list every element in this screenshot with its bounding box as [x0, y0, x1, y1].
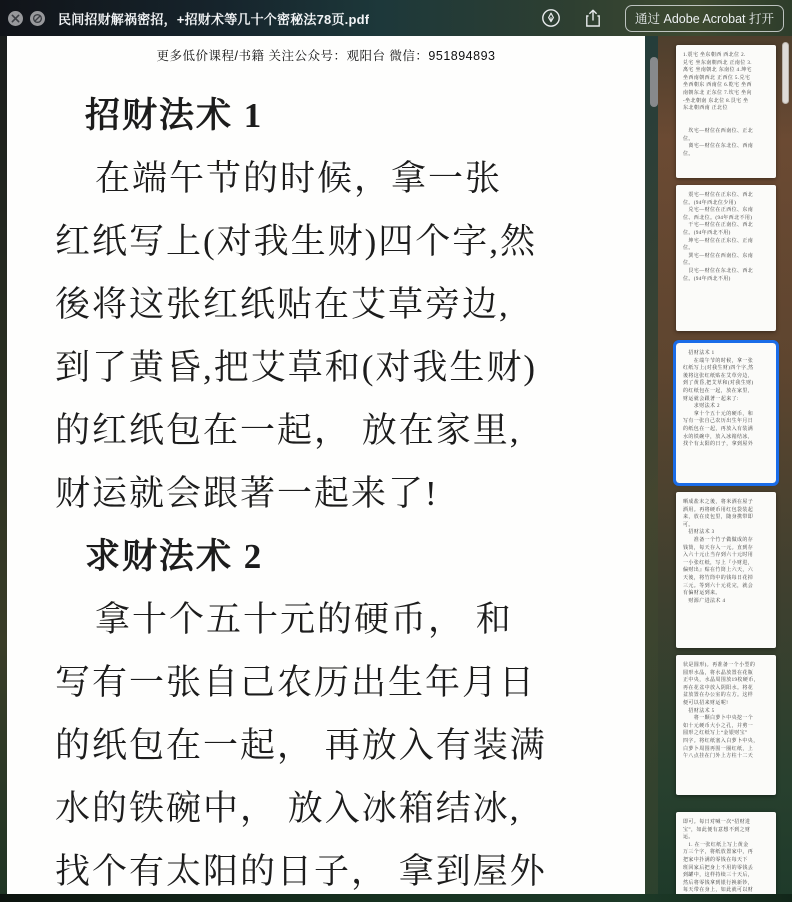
page-thumbnail-4[interactable]: 晒成盐末之後，将米酒在屋子 洒用。再将硬币用红包袋装起 来，放在皮包里，随身携带… [676, 492, 776, 648]
window-left-edge [0, 36, 7, 902]
text-line: 找个有太阳的日子， 拿到屋外 [55, 840, 645, 894]
scanned-body-text: 招财法术 1 在端午节的时候，拿一张 红纸写上(对我生财)四个字,然 後将这张红… [7, 84, 645, 894]
title-bar: 民间招财解祸密招，+招财术等几十个密秘法78页.pdf 通过 Adobe Acr… [0, 0, 792, 36]
page-thumbnail-5[interactable]: 状是圆形)。再准备一个小型的 圆形水晶，将水晶放置在花瓶 正中央，水晶周围放19… [676, 655, 776, 795]
text-line: 红纸写上(对我生财)四个字,然 [55, 210, 645, 273]
text-line: 到了黄昏,把艾草和(对我生财) [55, 336, 645, 399]
section-heading: 求财法术 2 [85, 525, 645, 588]
thumbnail-text: 状是圆形)。再准备一个小型的 圆形水晶，将水晶放置在花瓶 正中央，水晶周围放19… [676, 655, 776, 768]
text-line: 的红纸包在一起， 放在家里, [55, 399, 645, 462]
page-thumbnail-1[interactable]: 1.震宅 坐东朝西 西北位 2. 兑宅 坐东南朝西北 正南位 3. 离宅 坐南朝… [676, 45, 776, 178]
page-thumbnail-6[interactable]: 即可。每日对喊一次“招财进 宝”，如此便有意想不到之财 运。 1. 在一张红纸上… [676, 812, 776, 902]
blocked-icon[interactable] [30, 11, 45, 26]
section-heading: 招财法术 1 [85, 84, 645, 147]
share-icon[interactable] [583, 8, 603, 28]
window-bottom-edge [0, 894, 792, 902]
main-scrollbar-thumb[interactable] [650, 57, 658, 107]
thumbnail-text: 震宅—财位在正东位、西北 位。(94年西北位少用) 兑宅—财位在正西位、东南 位… [676, 185, 776, 290]
open-in-acrobat-button[interactable]: 通过 Adobe Acrobat 打开 [625, 5, 784, 32]
sidebar-scrollbar-thumb[interactable] [782, 42, 789, 104]
text-line: 在端午节的时候，拿一张 [95, 147, 645, 210]
promo-header-text: 更多低价课程/书籍 关注公众号：观阳台 微信：951894893 [7, 46, 645, 64]
pdf-preview-window: 民间招财解祸密招，+招财术等几十个密秘法78页.pdf 通过 Adobe Acr… [0, 0, 792, 902]
text-line: 拿十个五十元的硬币， 和 [95, 588, 645, 651]
window-title: 民间招财解祸密招，+招财术等几十个密秘法78页.pdf [58, 9, 369, 28]
page-thumbnail-3-selected[interactable]: 招财法术 1 在端午节的时候，拿一张 红纸写上(对我生财)四个字,然 後将这张红… [676, 343, 776, 483]
thumbnail-text: 晒成盐末之後，将米酒在屋子 洒用。再将硬币用红包袋装起 来，放在皮包里，随身携带… [676, 492, 776, 612]
thumbnail-text: 1.震宅 坐东朝西 西北位 2. 兑宅 坐东南朝西北 正南位 3. 离宅 坐南朝… [676, 45, 776, 165]
close-icon[interactable] [8, 11, 23, 26]
thumbnail-text: 招财法术 1 在端午节的时候，拿一张 红纸写上(对我生财)四个字,然 後将这张红… [676, 343, 776, 456]
text-line: 的纸包在一起， 再放入有装满 [55, 714, 645, 777]
page-thumbnail-2[interactable]: 震宅—财位在正东位、西北 位。(94年西北位少用) 兑宅—财位在正西位、东南 位… [676, 185, 776, 331]
thumbnail-text: 即可。每日对喊一次“招财进 宝”，如此便有意想不到之财 运。 1. 在一张红纸上… [676, 812, 776, 902]
text-line: 水的铁碗中， 放入冰箱结冰, [55, 777, 645, 840]
pdf-page: 更多低价课程/书籍 关注公众号：观阳台 微信：951894893 招财法术 1 … [7, 36, 645, 894]
thumbnail-sidebar: 1.震宅 坐东朝西 西北位 2. 兑宅 坐东南朝西北 正南位 3. 离宅 坐南朝… [658, 36, 792, 902]
text-line: 财运就会跟著一起来了! [55, 462, 645, 525]
titlebar-actions: 通过 Adobe Acrobat 打开 [541, 5, 792, 32]
text-line: 写有一张自己农历出生年月日 [55, 651, 645, 714]
text-line: 後将这张红纸贴在艾草旁边, [55, 273, 645, 336]
markup-pen-icon[interactable] [541, 8, 561, 28]
